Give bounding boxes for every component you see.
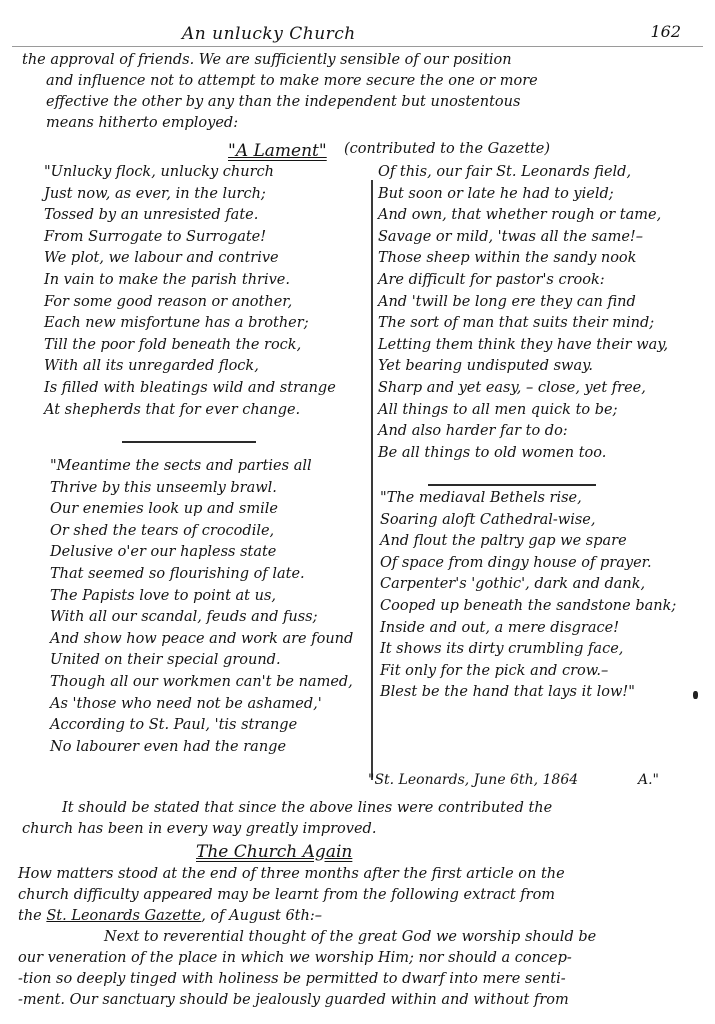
page-header: An unlucky Church 162 bbox=[12, 22, 703, 47]
text-fragment: the bbox=[18, 908, 46, 924]
column-divider bbox=[371, 180, 373, 780]
verse-line: Blest be the hand that lays it low!" bbox=[380, 682, 676, 704]
verse-line: At shepherds that for ever change. bbox=[44, 400, 336, 422]
note-paragraph: It should be stated that since the above… bbox=[22, 798, 552, 840]
verse-line: And flout the paltry gap we spare bbox=[380, 531, 676, 553]
poem-stanza-right-1: Of this, our fair St. Leonards field, Bu… bbox=[378, 162, 668, 464]
poem-signoff-place-date: "St. Leonards, June 6th, 1864 bbox=[368, 772, 578, 788]
text-line: effective the other by any than the inde… bbox=[22, 92, 538, 113]
text-line: -tion so deeply tinged with holiness be … bbox=[18, 969, 596, 990]
verse-line: As 'those who need not be ashamed,' bbox=[50, 694, 353, 716]
verse-line: Yet bearing undisputed sway. bbox=[378, 356, 668, 378]
verse-line: Thrive by this unseemly brawl. bbox=[50, 478, 353, 500]
verse-line: Are difficult for pastor's crook: bbox=[378, 270, 668, 292]
poem-stanza-left-2: "Meantime the sects and parties all Thri… bbox=[50, 456, 353, 758]
verse-line: All things to all men quick to be; bbox=[378, 400, 668, 422]
text-line: How matters stood at the end of three mo… bbox=[18, 864, 596, 885]
text-line: It should be stated that since the above… bbox=[22, 798, 552, 819]
verse-line: Carpenter's 'gothic', dark and dank, bbox=[380, 574, 676, 596]
text-fragment: , of August 6th:– bbox=[201, 908, 322, 924]
verse-line: But soon or late he had to yield; bbox=[378, 184, 668, 206]
poem-stanza-left-1: "Unlucky flock, unlucky church Just now,… bbox=[44, 162, 336, 421]
verse-line: With all its unregarded flock, bbox=[44, 356, 336, 378]
poem-title: "A Lament" bbox=[228, 141, 327, 161]
verse-line: And also harder far to do: bbox=[378, 421, 668, 443]
text-line: the St. Leonards Gazette, of August 6th:… bbox=[18, 906, 596, 927]
verse-line: Savage or mild, 'twas all the same!– bbox=[378, 227, 668, 249]
text-line: Next to reverential thought of the great… bbox=[18, 927, 596, 948]
verse-line: Each new misfortune has a brother; bbox=[44, 313, 336, 335]
verse-line: In vain to make the parish thrive. bbox=[44, 270, 336, 292]
text-line: our veneration of the place in which we … bbox=[18, 948, 596, 969]
gazette-name: St. Leonards Gazette bbox=[46, 908, 201, 924]
verse-line: Fit only for the pick and crow.– bbox=[380, 661, 676, 683]
verse-line: United on their special ground. bbox=[50, 650, 353, 672]
text-line: and influence not to attempt to make mor… bbox=[22, 71, 538, 92]
stanza-divider bbox=[428, 484, 596, 486]
running-title: An unlucky Church bbox=[182, 24, 356, 44]
poem-attribution: (contributed to the Gazette) bbox=[344, 141, 550, 157]
verse-line: Tossed by an unresisted fate. bbox=[44, 205, 336, 227]
verse-line: Sharp and yet easy, – close, yet free, bbox=[378, 378, 668, 400]
verse-line: According to St. Paul, 'tis strange bbox=[50, 715, 353, 737]
verse-line: Just now, as ever, in the lurch; bbox=[44, 184, 336, 206]
verse-line: Is filled with bleatings wild and strang… bbox=[44, 378, 336, 400]
text-line: church has been in every way greatly imp… bbox=[22, 819, 552, 840]
verse-line: And show how peace and work are found bbox=[50, 629, 353, 651]
verse-line: Soaring aloft Cathedral-wise, bbox=[380, 510, 676, 532]
verse-line: With all our scandal, feuds and fuss; bbox=[50, 607, 353, 629]
verse-line: "The mediaval Bethels rise, bbox=[380, 488, 676, 510]
verse-line: It shows its dirty crumbling face, bbox=[380, 639, 676, 661]
text-line: -ment. Our sanctuary should be jealously… bbox=[18, 990, 596, 1011]
verse-line: "Meantime the sects and parties all bbox=[50, 456, 353, 478]
verse-line: Of this, our fair St. Leonards field, bbox=[378, 162, 668, 184]
text-line: means hitherto employed: bbox=[22, 113, 538, 134]
verse-line: That seemed so flourishing of late. bbox=[50, 564, 353, 586]
verse-line: No labourer even had the range bbox=[50, 737, 353, 759]
verse-line: Of space from dingy house of prayer. bbox=[380, 553, 676, 575]
section-body: How matters stood at the end of three mo… bbox=[18, 864, 596, 1011]
poem-signoff-initial: A." bbox=[638, 772, 659, 788]
verse-line: And 'twill be long ere they can find bbox=[378, 292, 668, 314]
verse-line: Though all our workmen can't be named, bbox=[50, 672, 353, 694]
poem-stanza-right-2: "The mediaval Bethels rise, Soaring alof… bbox=[380, 488, 676, 704]
verse-line: The sort of man that suits their mind; bbox=[378, 313, 668, 335]
verse-line: Cooped up beneath the sandstone bank; bbox=[380, 596, 676, 618]
verse-line: And own, that whether rough or tame, bbox=[378, 205, 668, 227]
page-number: 162 bbox=[650, 22, 681, 41]
verse-line: For some good reason or another, bbox=[44, 292, 336, 314]
verse-line: "Unlucky flock, unlucky church bbox=[44, 162, 336, 184]
text-line: the approval of friends. We are sufficie… bbox=[22, 50, 538, 71]
verse-line: Till the poor fold beneath the rock, bbox=[44, 335, 336, 357]
verse-line: The Papists love to point at us, bbox=[50, 586, 353, 608]
section-title: The Church Again bbox=[196, 842, 352, 862]
verse-line: We plot, we labour and contrive bbox=[44, 248, 336, 270]
verse-line: Delusive o'er our hapless state bbox=[50, 542, 353, 564]
verse-line: Inside and out, a mere disgrace! bbox=[380, 618, 676, 640]
intro-paragraph: the approval of friends. We are sufficie… bbox=[22, 50, 538, 134]
verse-line: Our enemies look up and smile bbox=[50, 499, 353, 521]
verse-line: Or shed the tears of crocodile, bbox=[50, 521, 353, 543]
verse-line: Those sheep within the sandy nook bbox=[378, 248, 668, 270]
verse-line: Be all things to old women too. bbox=[378, 443, 668, 465]
verse-line: From Surrogate to Surrogate! bbox=[44, 227, 336, 249]
stanza-divider bbox=[122, 441, 256, 443]
text-line: church difficulty appeared may be learnt… bbox=[18, 885, 596, 906]
verse-line: Letting them think they have their way, bbox=[378, 335, 668, 357]
ink-blot bbox=[693, 691, 698, 699]
manuscript-page: An unlucky Church 162 the approval of fr… bbox=[0, 0, 715, 1024]
